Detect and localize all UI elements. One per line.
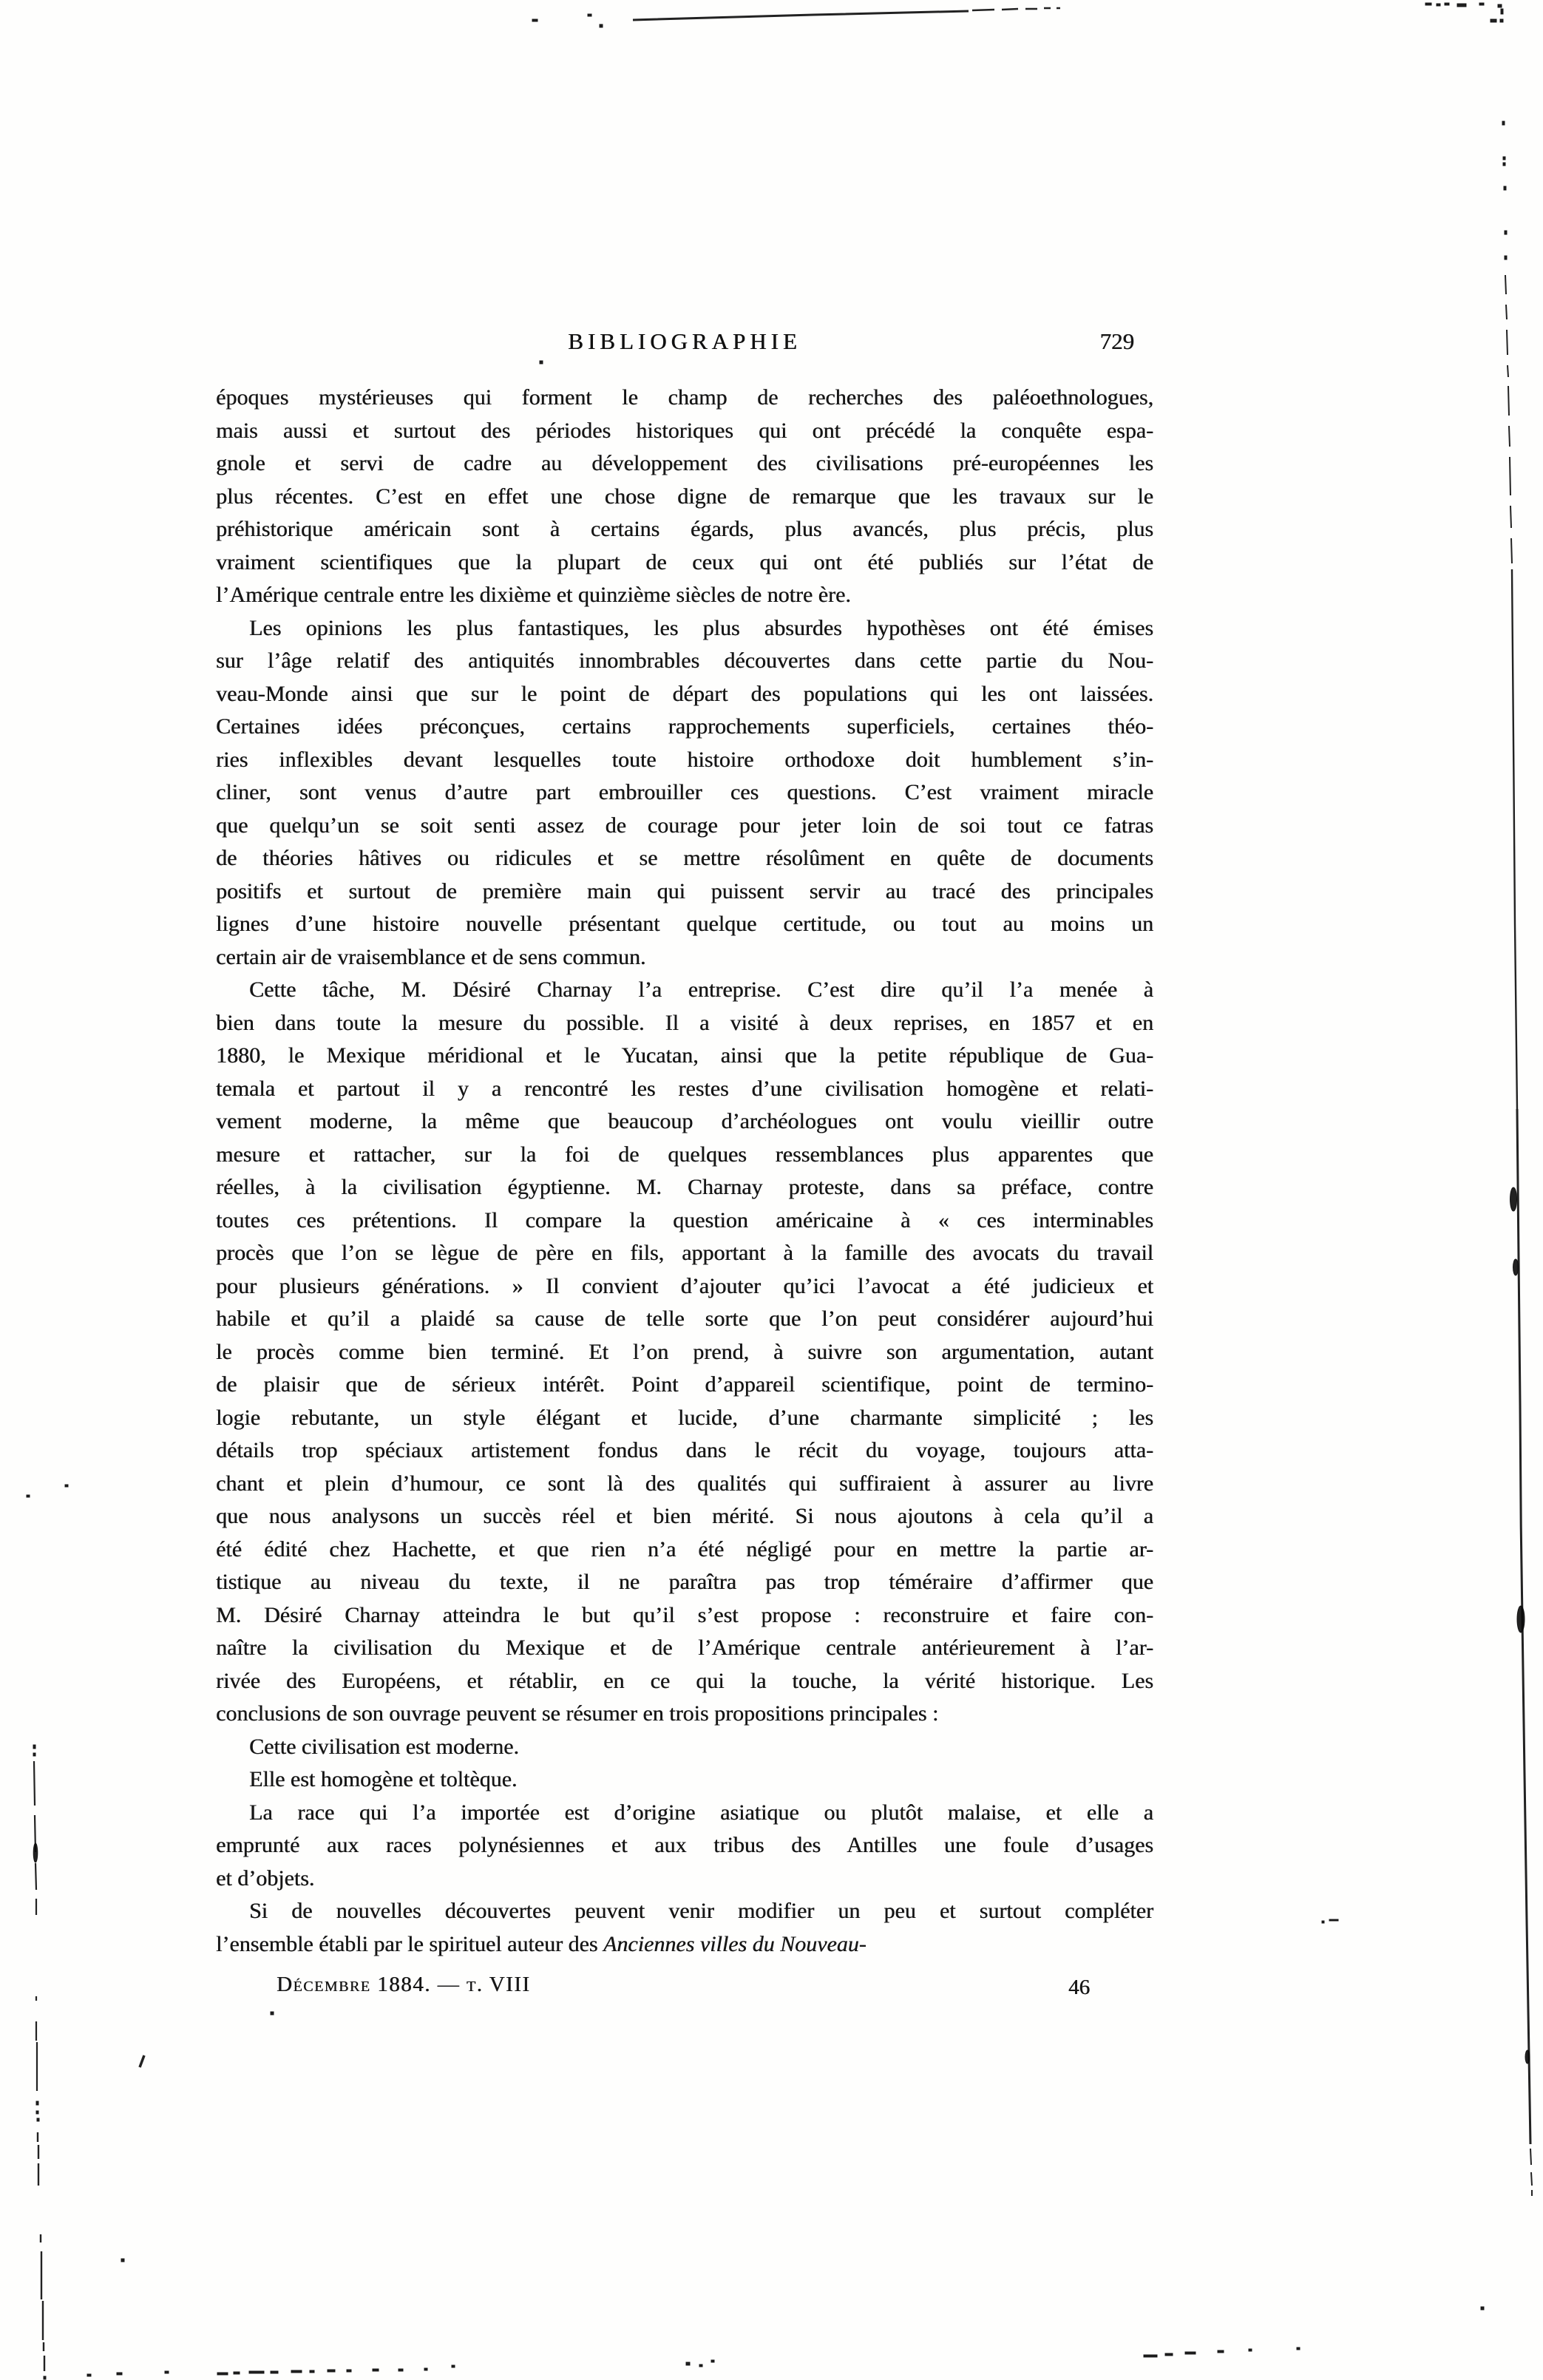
text-segment: certain air de vraisemblance et de sens … bbox=[216, 945, 645, 969]
text-line: que quelqu’un se soit senti assez de cou… bbox=[216, 810, 1153, 843]
text-line: Cette civilisation est moderne. bbox=[216, 1731, 1153, 1764]
text-line: mais aussi et surtout des périodes histo… bbox=[216, 415, 1153, 448]
text-line: époques mystérieuses qui forment le cham… bbox=[216, 382, 1153, 415]
text-line: Cette tâche, M. Désiré Charnay l’a entre… bbox=[216, 974, 1153, 1007]
page-body: époques mystérieuses qui forment le cham… bbox=[216, 382, 1153, 1961]
text-segment: gnole et servi de cadre au développement… bbox=[216, 451, 1153, 475]
text-segment: lignes d’une histoire nouvelle présentan… bbox=[216, 912, 1153, 936]
text-line: l’Amérique centrale entre les dixième et… bbox=[216, 579, 1153, 612]
text-segment: La race qui l’a importée est d’origine a… bbox=[249, 1800, 1153, 1825]
text-line: certain air de vraisemblance et de sens … bbox=[216, 941, 1153, 974]
text-line: procès que l’on se lègue de père en fils… bbox=[216, 1237, 1153, 1270]
text-segment: et d’objets. bbox=[216, 1866, 314, 1891]
text-segment: logie rebutante, un style élégant et luc… bbox=[216, 1406, 1153, 1430]
text-segment: emprunté aux races polynésiennes et aux … bbox=[216, 1833, 1153, 1857]
text-segment: vement moderne, la même que beaucoup d’a… bbox=[216, 1109, 1153, 1133]
text-segment: plus récentes. C’est en effet une chose … bbox=[216, 484, 1153, 509]
text-segment: Cette tâche, M. Désiré Charnay l’a entre… bbox=[249, 977, 1153, 1002]
paragraph: Si de nouvelles découvertes peuvent veni… bbox=[216, 1895, 1153, 1961]
text-segment: toutes ces prétentions. Il compare la qu… bbox=[216, 1208, 1153, 1233]
text-line: Elle est homogène et toltèque. bbox=[216, 1763, 1153, 1797]
text-segment: Les opinions les plus fantastiques, les … bbox=[249, 616, 1153, 640]
text-line: été édité chez Hachette, et que rien n’a… bbox=[216, 1533, 1153, 1567]
text-line: sur l’âge relatif des antiquités innombr… bbox=[216, 645, 1153, 678]
text-line: habile et qu’il a plaidé sa cause de tel… bbox=[216, 1303, 1153, 1336]
text-line: gnole et servi de cadre au développement… bbox=[216, 447, 1153, 481]
text-line: temala et partout il y a rencontré les r… bbox=[216, 1073, 1153, 1106]
text-line: l’ensemble établi par le spirituel auteu… bbox=[216, 1928, 1153, 1962]
paragraph: époques mystérieuses qui forment le cham… bbox=[216, 382, 1153, 612]
text-segment: Si de nouvelles découvertes peuvent veni… bbox=[249, 1899, 1153, 1923]
running-head: BIBLIOGRAPHIE 729 bbox=[216, 328, 1153, 356]
text-line: conclusions de son ouvrage peuvent se ré… bbox=[216, 1698, 1153, 1731]
text-line: emprunté aux races polynésiennes et aux … bbox=[216, 1829, 1153, 1862]
text-segment: de théories hâtives ou ridicules et se m… bbox=[216, 846, 1153, 870]
text-segment: mesure et rattacher, sur la foi de quelq… bbox=[216, 1142, 1153, 1167]
text-line: bien dans toute la mesure du possible. I… bbox=[216, 1007, 1153, 1040]
text-segment: époques mystérieuses qui forment le cham… bbox=[216, 385, 1153, 410]
page-number: 729 bbox=[1100, 328, 1135, 355]
text-line: 1880, le Mexique méridional et le Yucata… bbox=[216, 1040, 1153, 1073]
scanned-book-page: BIBLIOGRAPHIE 729 époques mystérieuses q… bbox=[0, 0, 1543, 2380]
text-segment: été édité chez Hachette, et que rien n’a… bbox=[216, 1537, 1153, 1562]
book-title-italic: Anciennes villes du Nouveau- bbox=[603, 1932, 867, 1956]
text-segment: naître la civilisation du Mexique et de … bbox=[216, 1635, 1153, 1660]
text-line: positifs et surtout de première main qui… bbox=[216, 875, 1153, 909]
text-line: La race qui l’a importée est d’origine a… bbox=[216, 1797, 1153, 1830]
paragraph: Elle est homogène et toltèque. bbox=[216, 1763, 1153, 1797]
text-line: toutes ces prétentions. Il compare la qu… bbox=[216, 1204, 1153, 1238]
paragraph: Cette civilisation est moderne. bbox=[216, 1731, 1153, 1764]
text-segment: que quelqu’un se soit senti assez de cou… bbox=[216, 813, 1153, 838]
footer-date-volume: Décembre 1884. — t. VIII bbox=[277, 1973, 531, 1997]
text-segment: préhistorique américain sont à certains … bbox=[216, 517, 1153, 541]
text-segment: conclusions de son ouvrage peuvent se ré… bbox=[216, 1701, 938, 1726]
page-title: BIBLIOGRAPHIE bbox=[216, 328, 1153, 355]
text-segment: mais aussi et surtout des périodes histo… bbox=[216, 418, 1153, 443]
paragraph: Cette tâche, M. Désiré Charnay l’a entre… bbox=[216, 974, 1153, 1731]
text-line: et d’objets. bbox=[216, 1862, 1153, 1896]
text-line: de plaisir que de sérieux intérêt. Point… bbox=[216, 1369, 1153, 1402]
text-line: Les opinions les plus fantastiques, les … bbox=[216, 612, 1153, 645]
paragraph: Les opinions les plus fantastiques, les … bbox=[216, 612, 1153, 974]
text-line: pour plusieurs générations. » Il convien… bbox=[216, 1270, 1153, 1303]
text-segment: détails trop spéciaux artistement fondus… bbox=[216, 1438, 1153, 1462]
text-segment: Certaines idées préconçues, certains rap… bbox=[216, 714, 1153, 739]
text-segment: tistique au niveau du texte, il ne paraî… bbox=[216, 1570, 1153, 1594]
text-line: préhistorique américain sont à certains … bbox=[216, 513, 1153, 546]
text-segment: M. Désiré Charnay atteindra le but qu’il… bbox=[216, 1603, 1153, 1627]
text-segment: chant et plein d’humour, ce sont là des … bbox=[216, 1471, 1153, 1496]
text-line: vraiment scientifiques que la plupart de… bbox=[216, 546, 1153, 580]
text-segment: l’Amérique centrale entre les dixième et… bbox=[216, 583, 851, 607]
text-segment: vraiment scientifiques que la plupart de… bbox=[216, 550, 1153, 574]
text-segment: veau-Monde ainsi que sur le point de dép… bbox=[216, 682, 1153, 706]
text-line: veau-Monde ainsi que sur le point de dép… bbox=[216, 678, 1153, 711]
text-line: cliner, sont venus d’autre part embrouil… bbox=[216, 776, 1153, 810]
text-segment: l’ensemble établi par le spirituel auteu… bbox=[216, 1932, 603, 1956]
text-segment: positifs et surtout de première main qui… bbox=[216, 879, 1153, 903]
text-segment: pour plusieurs générations. » Il convien… bbox=[216, 1274, 1153, 1298]
text-line: le procès comme bien terminé. Et l’on pr… bbox=[216, 1336, 1153, 1369]
text-segment: procès que l’on se lègue de père en fils… bbox=[216, 1241, 1153, 1265]
footer-signature-number: 46 bbox=[1068, 1976, 1090, 2000]
text-line: Si de nouvelles découvertes peuvent veni… bbox=[216, 1895, 1153, 1928]
text-line: que nous analysons un succès réel et bie… bbox=[216, 1500, 1153, 1533]
text-segment: ries inflexibles devant lesquelles toute… bbox=[216, 747, 1153, 772]
text-line: lignes d’une histoire nouvelle présentan… bbox=[216, 908, 1153, 941]
text-line: Certaines idées préconçues, certains rap… bbox=[216, 711, 1153, 744]
text-segment: cliner, sont venus d’autre part embrouil… bbox=[216, 780, 1153, 804]
text-line: de théories hâtives ou ridicules et se m… bbox=[216, 842, 1153, 875]
text-segment: bien dans toute la mesure du possible. I… bbox=[216, 1011, 1153, 1035]
text-line: M. Désiré Charnay atteindra le but qu’il… bbox=[216, 1599, 1153, 1633]
text-segment: de plaisir que de sérieux intérêt. Point… bbox=[216, 1372, 1153, 1397]
text-segment: Elle est homogène et toltèque. bbox=[249, 1767, 517, 1791]
text-segment: Cette civilisation est moderne. bbox=[249, 1735, 519, 1759]
page-footer: Décembre 1884. — t. VIII 46 bbox=[216, 1973, 1153, 2002]
text-segment: que nous analysons un succès réel et bie… bbox=[216, 1504, 1153, 1528]
text-segment: temala et partout il y a rencontré les r… bbox=[216, 1077, 1153, 1101]
text-segment: 1880, le Mexique méridional et le Yucata… bbox=[216, 1043, 1153, 1068]
text-segment: réelles, à la civilisation égyptienne. M… bbox=[216, 1175, 1153, 1199]
text-segment: sur l’âge relatif des antiquités innombr… bbox=[216, 648, 1153, 673]
text-line: réelles, à la civilisation égyptienne. M… bbox=[216, 1171, 1153, 1204]
text-line: détails trop spéciaux artistement fondus… bbox=[216, 1434, 1153, 1468]
text-line: rivée des Européens, et rétablir, en ce … bbox=[216, 1665, 1153, 1698]
text-segment: habile et qu’il a plaidé sa cause de tel… bbox=[216, 1306, 1153, 1331]
text-line: ries inflexibles devant lesquelles toute… bbox=[216, 744, 1153, 777]
text-line: logie rebutante, un style élégant et luc… bbox=[216, 1402, 1153, 1435]
text-line: naître la civilisation du Mexique et de … bbox=[216, 1632, 1153, 1665]
text-line: tistique au niveau du texte, il ne paraî… bbox=[216, 1566, 1153, 1599]
text-line: plus récentes. C’est en effet une chose … bbox=[216, 481, 1153, 514]
paragraph: La race qui l’a importée est d’origine a… bbox=[216, 1797, 1153, 1896]
text-line: chant et plein d’humour, ce sont là des … bbox=[216, 1468, 1153, 1501]
text-segment: rivée des Européens, et rétablir, en ce … bbox=[216, 1669, 1153, 1693]
text-segment: le procès comme bien terminé. Et l’on pr… bbox=[216, 1340, 1153, 1364]
text-line: mesure et rattacher, sur la foi de quelq… bbox=[216, 1139, 1153, 1172]
text-line: vement moderne, la même que beaucoup d’a… bbox=[216, 1105, 1153, 1139]
